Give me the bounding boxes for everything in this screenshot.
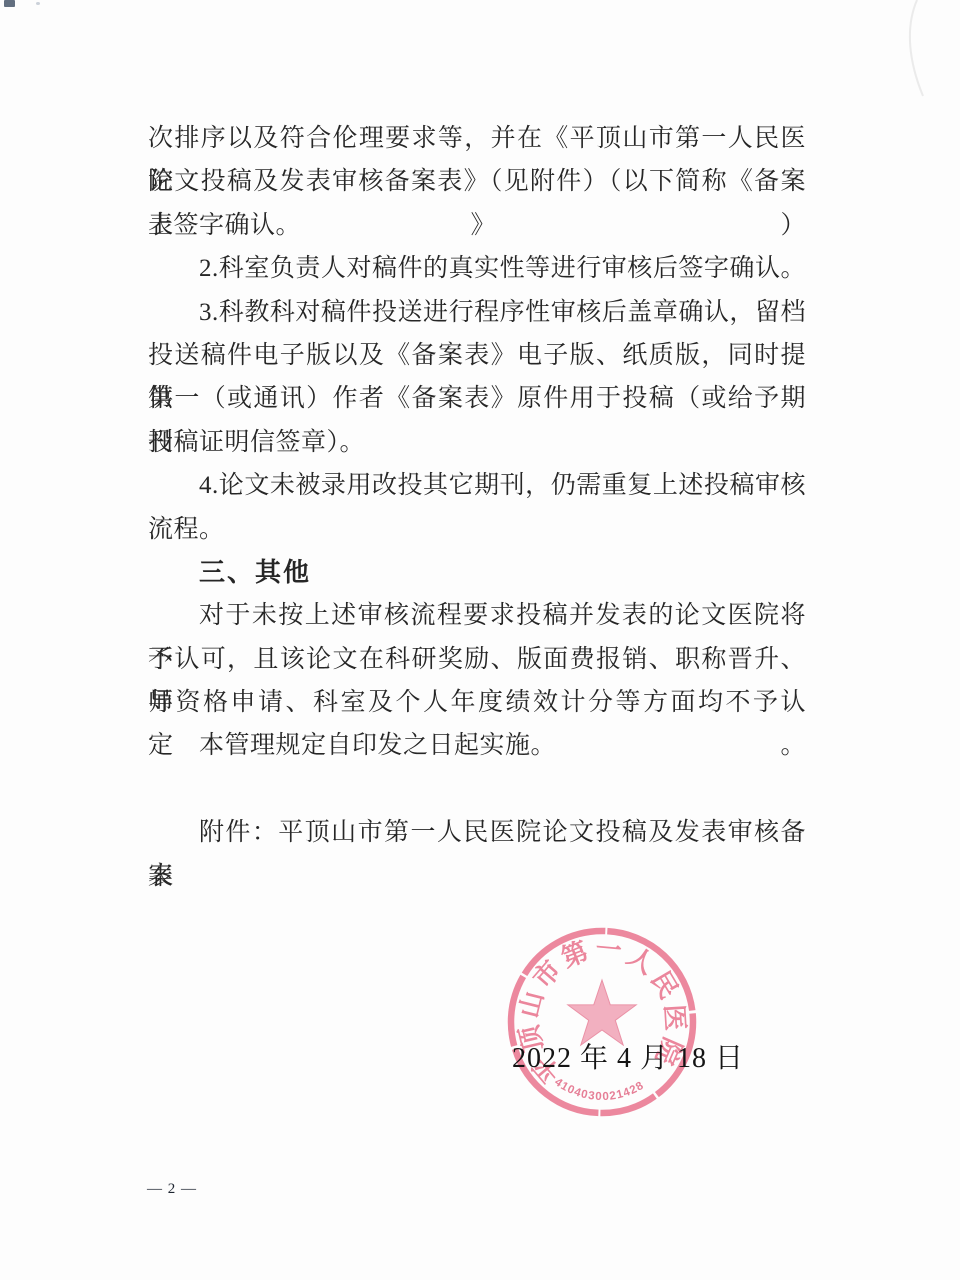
seal-serial-number: 4104030021428 (552, 1076, 646, 1103)
text-line: 对于未按上述审核流程要求投稿并发表的论文医院将不 (148, 594, 806, 637)
text-line: 投送稿件电子版以及《备案表》电子版、纸质版，同时提供 (148, 334, 806, 377)
scan-artifact-speck (4, 0, 15, 7)
text-line: 2.科室负责人对稿件的真实性等进行审核后签字确认。 (148, 247, 806, 290)
scan-artifact-curve (895, 0, 955, 100)
scanned-document-page: 次排序以及符合伦理要求等，并在《平顶山市第一人民医院论文投稿及发表审核备案表》（… (0, 0, 960, 1280)
text-line: 3.科教科对稿件投送进行程序性审核后盖章确认，留档 (148, 291, 806, 334)
official-seal: 平顶山市第一人民医院 4104030021428 (504, 924, 700, 1120)
text-line: 论文投稿及发表审核备案表》（见附件）（以下简称《备案表》） (148, 160, 806, 203)
text-line: 投稿证明信签章）。 (148, 421, 806, 464)
text-line: 4.论文未被录用改投其它期刊，仍需重复上述投稿审核 (148, 464, 806, 507)
text-line: 表 (148, 855, 806, 898)
page-number: — 2 — (147, 1181, 197, 1198)
text-line: 予认可，且该论文在科研奖励、版面费报销、职称晋升、导 (148, 638, 806, 681)
document-body: 次排序以及符合伦理要求等，并在《平顶山市第一人民医院论文投稿及发表审核备案表》（… (148, 117, 806, 898)
text-line: 第一（或通讯）作者《备案表》原件用于投稿（或给予期刊 (148, 377, 806, 420)
section-heading: 三、其他 (148, 551, 806, 594)
text-line: 师资格申请、科室及个人年度绩效计分等方面均不予认定。 (148, 681, 806, 724)
blank-line (148, 768, 806, 811)
text-line: 次排序以及符合伦理要求等，并在《平顶山市第一人民医院 (148, 117, 806, 160)
issue-date: 2022 年 4 月 18 日 (512, 1036, 744, 1076)
seal-graphic: 平顶山市第一人民医院 4104030021428 (504, 924, 700, 1120)
text-line: 附件：平顶山市第一人民医院论文投稿及发表审核备案 (148, 811, 806, 854)
text-line: 流程。 (148, 508, 806, 551)
scan-artifact-dot (36, 2, 40, 5)
